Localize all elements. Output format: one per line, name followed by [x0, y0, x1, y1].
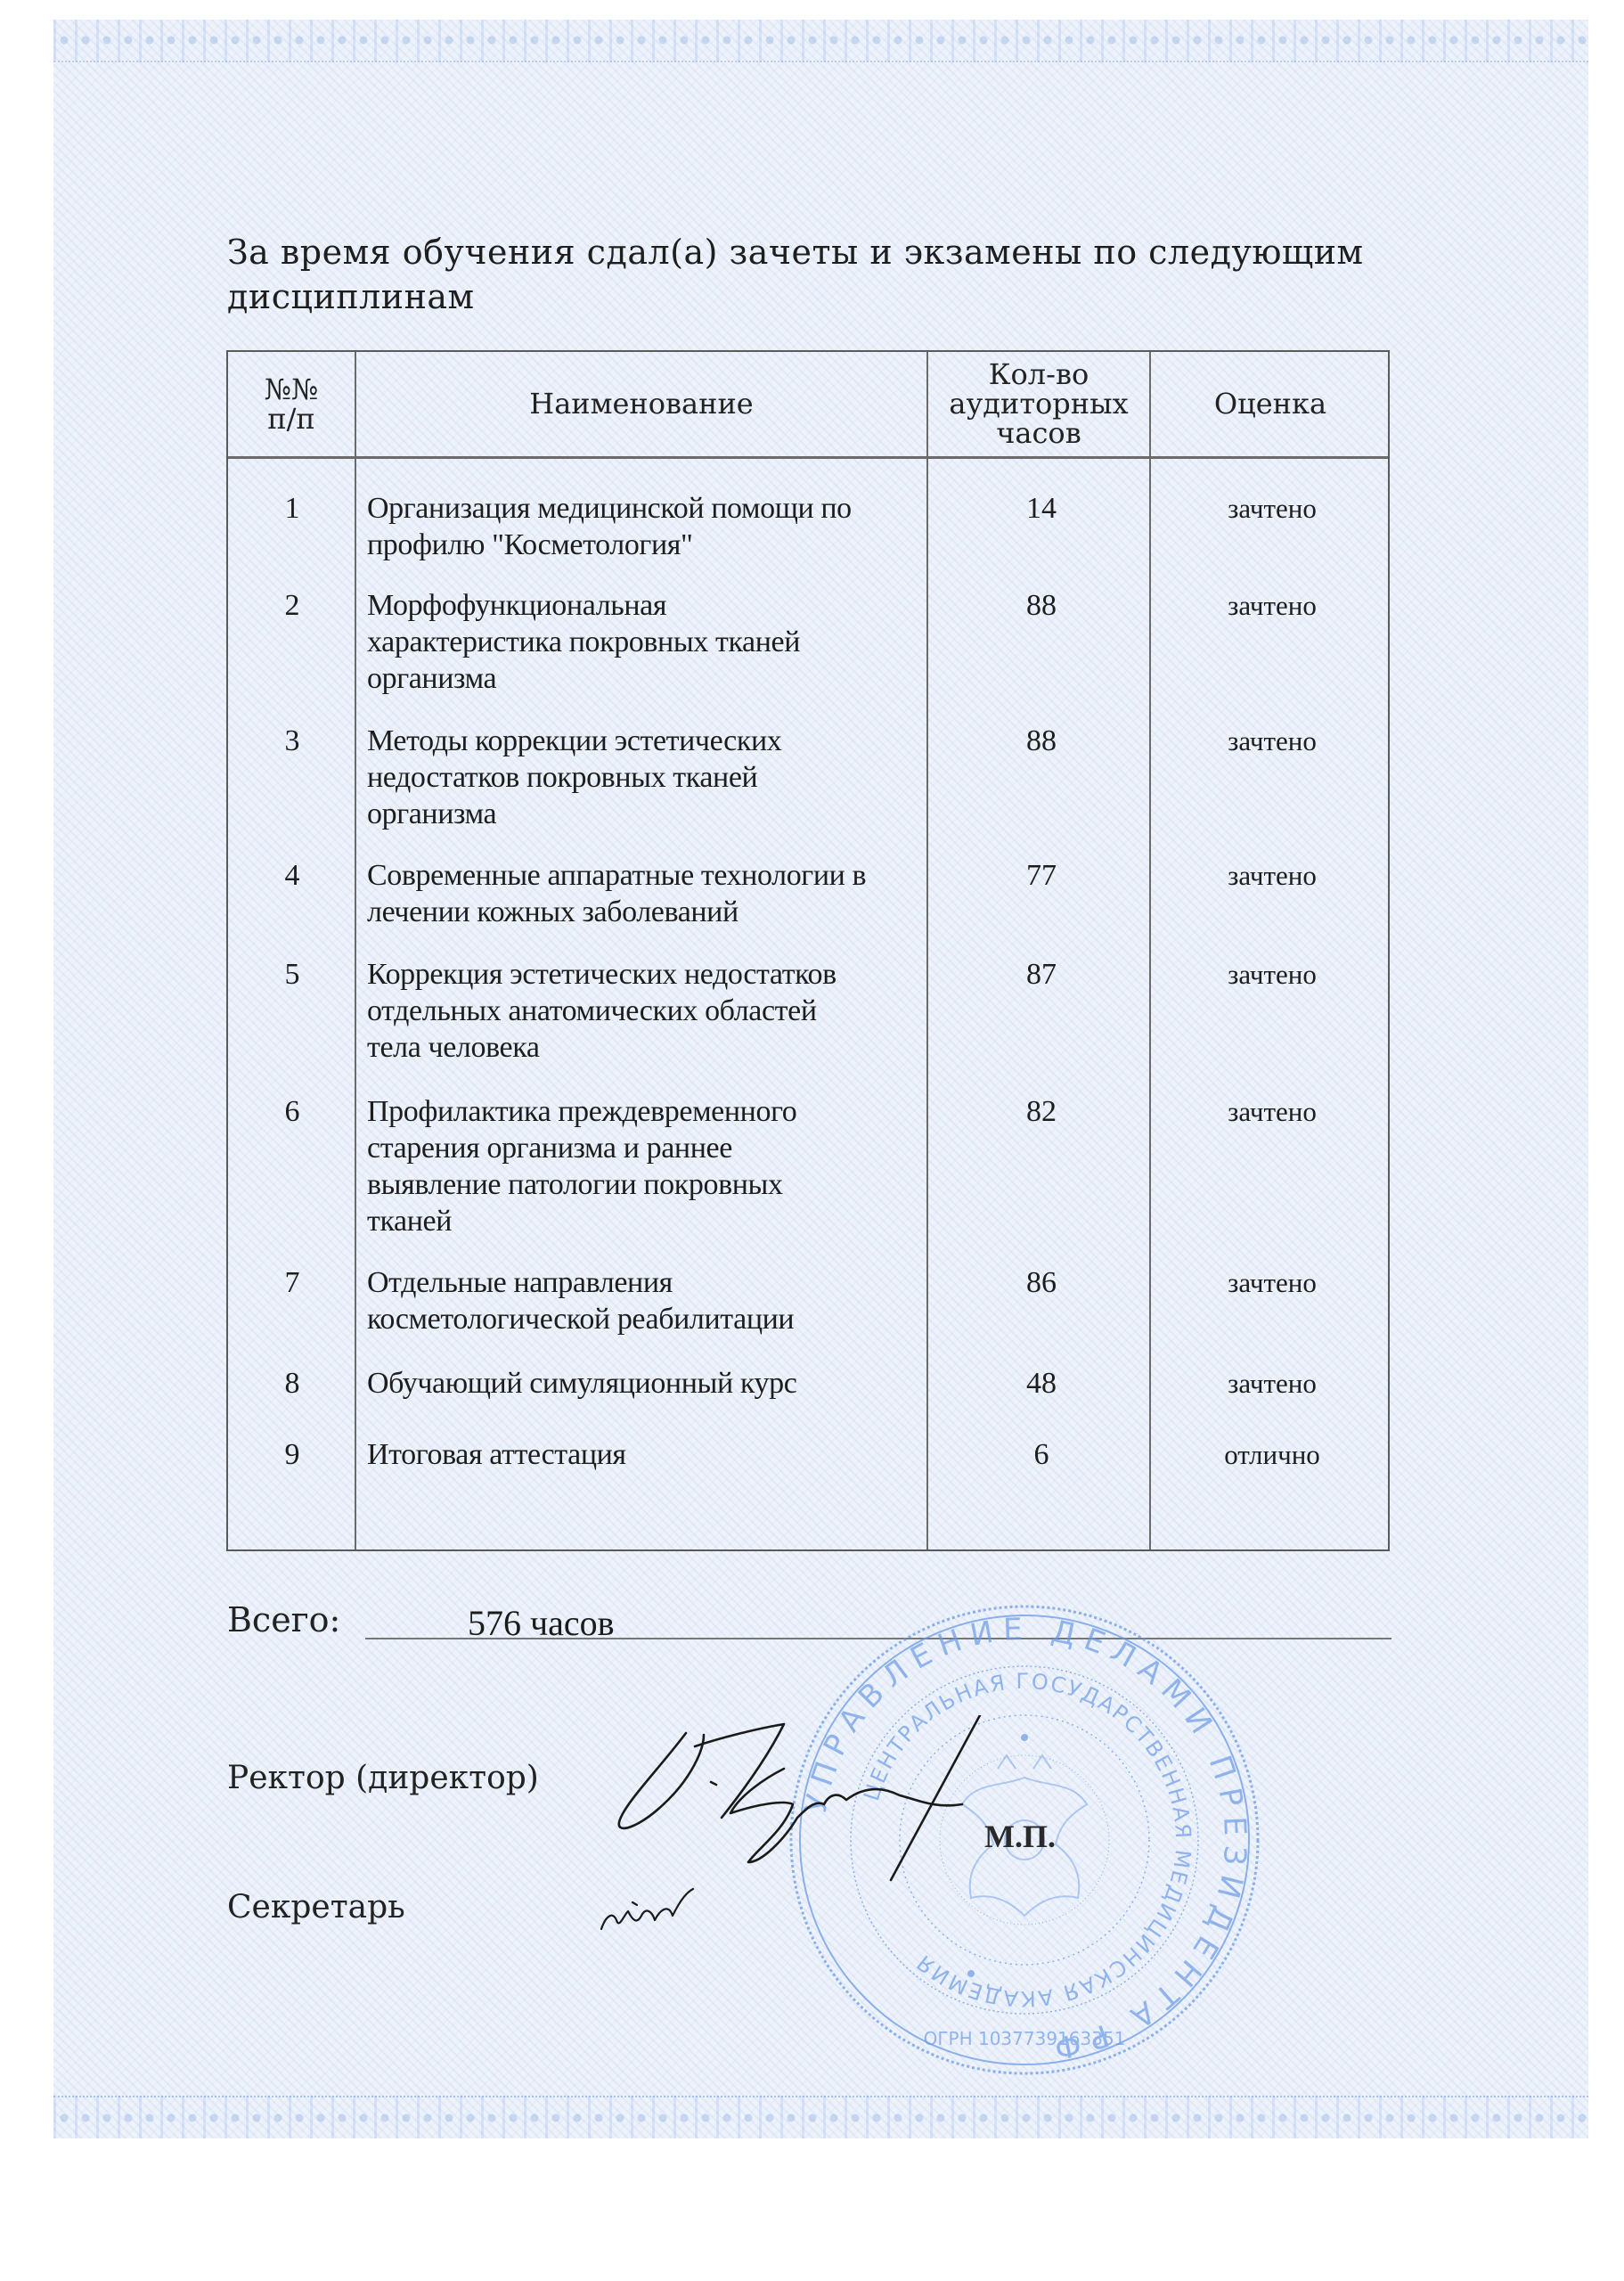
header-hours-line-3: часов	[949, 419, 1128, 448]
grade-value: зачтено	[1151, 1093, 1393, 1130]
hours-value: 87	[930, 956, 1153, 993]
hours-value: 14	[930, 490, 1153, 527]
row-number: 5	[228, 956, 356, 993]
discipline-name: Морфофункциональная характеристика покро…	[367, 587, 937, 697]
grade-value: зачтено	[1151, 723, 1393, 759]
grade-value: зачтено	[1151, 1365, 1393, 1402]
hours-value: 88	[930, 587, 1153, 624]
discipline-name: Профилактика преждевременного старения о…	[367, 1093, 937, 1239]
header-hours-line-2: аудиторных	[949, 389, 1128, 419]
row-number: 7	[228, 1264, 356, 1301]
secretary-label: Секретарь	[227, 1889, 405, 1925]
heading-line-1: За время обучения сдал(а) зачеты и экзам…	[227, 230, 1412, 274]
header-num-line-1: №№	[265, 375, 319, 405]
row-number: 3	[228, 723, 356, 759]
discipline-name: Методы коррекции эстетических недостатко…	[367, 723, 937, 832]
grade-value: отлично	[1151, 1436, 1393, 1473]
heading-line-2: дисциплинам	[227, 274, 1412, 319]
header-num-line-2: п/п	[265, 405, 319, 434]
row-number: 9	[228, 1436, 356, 1473]
hours-value: 88	[930, 723, 1153, 759]
hours-value: 6	[930, 1436, 1153, 1473]
header-hours-line-1: Кол-во	[949, 360, 1128, 389]
header-grade: Оценка	[1151, 352, 1390, 456]
hours-value: 82	[930, 1093, 1153, 1130]
secretary-signature-icon	[597, 1880, 704, 1942]
header-grade-label: Оценка	[1214, 389, 1326, 419]
discipline-name: Отдельные направления косметологической …	[367, 1264, 937, 1337]
row-number: 1	[228, 490, 356, 527]
row-number: 2	[228, 587, 356, 624]
discipline-name: Современные аппаратные технологии в лече…	[367, 857, 937, 930]
discipline-name: Коррекция эстетических недостатков отдел…	[367, 956, 937, 1066]
header-divider	[228, 456, 1388, 459]
hours-value: 86	[930, 1264, 1153, 1301]
header-name: Наименование	[356, 352, 926, 456]
grade-value: зачтено	[1151, 587, 1393, 624]
row-number: 4	[228, 857, 356, 894]
hours-value: 48	[930, 1365, 1153, 1402]
header-name-label: Наименование	[529, 389, 753, 419]
rector-signature-icon	[606, 1715, 998, 1902]
hours-value: 77	[930, 857, 1153, 894]
grade-value: зачтено	[1151, 857, 1393, 894]
decorative-border-top	[53, 20, 1588, 62]
grade-value: зачтено	[1151, 490, 1393, 527]
row-number: 6	[228, 1093, 356, 1130]
discipline-name: Обучающий симуляционный курс	[367, 1365, 937, 1402]
row-number: 8	[228, 1365, 356, 1402]
stamp-registration: ОГРН 1037739163351	[924, 2028, 1126, 2049]
total-value: 576 часов	[468, 1602, 615, 1644]
header-num: №№ п/п	[228, 352, 355, 456]
page-heading: За время обучения сдал(а) зачеты и экзам…	[227, 230, 1412, 319]
header-hours: Кол-во аудиторных часов	[928, 352, 1149, 456]
grade-value: зачтено	[1151, 956, 1393, 993]
discipline-name: Итоговая аттестация	[367, 1436, 937, 1473]
decorative-border-bottom	[53, 2096, 1588, 2138]
disciplines-table: №№ п/п Наименование Кол-во аудиторных ча…	[226, 350, 1390, 1551]
total-label: Всего:	[227, 1600, 340, 1639]
grade-value: зачтено	[1151, 1264, 1393, 1301]
discipline-name: Организация медицинской помощи по профил…	[367, 490, 937, 563]
rector-label: Ректор (директор)	[227, 1760, 539, 1796]
